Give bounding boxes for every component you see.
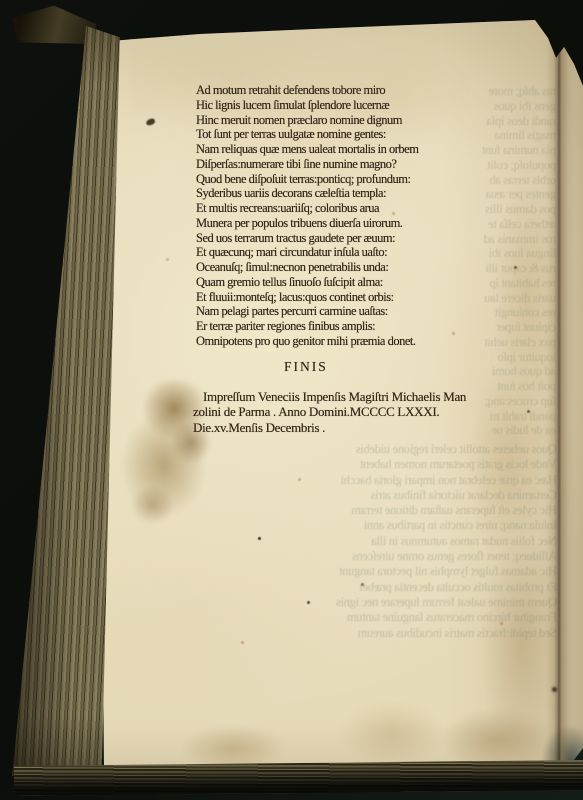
poem-line: Oceanuſq; ſimul:necnon penetrabilis unda…: [196, 260, 418, 275]
poem-line: Hic lignis lucem ſimulat ſplendore lucer…: [196, 98, 418, 113]
poem-line: Hinc meruit nomen præclaro nomine dignum: [196, 113, 418, 128]
poem-line: Tot ſunt per terras uulgatæ nomine gente…: [196, 127, 418, 142]
poem-line: Et fluuii:monteſq; lacus:quos continet o…: [196, 290, 418, 305]
colophon-line: Die.xv.Menſis Decembris .: [193, 420, 466, 435]
showthrough-text-lower: Quos ueheres attollit celeri regione uid…: [235, 442, 557, 644]
colophon-line: Impreſſum Veneciis Impenſis Magiſtri Mic…: [193, 389, 466, 404]
poem-line: Et multis recreans:uariiſq; coloribus ar…: [196, 201, 418, 216]
poem-line: Quod bene diſpoſuit terras:ponticq; prof…: [196, 172, 418, 187]
showthrough-text-right: ras abſq; more gens ibi quos randi deos …: [432, 84, 556, 440]
book-page-photo: ras abſq; more gens ibi quos randi deos …: [0, 0, 583, 800]
poem-line: Diſperſas:numerare tibi ſine numine magn…: [196, 157, 418, 172]
colophon-line: zolini de Parma . Anno Domini.MCCCC LXXX…: [193, 404, 466, 419]
poem-line: Ad motum retrahit defendens tobore miro: [196, 83, 418, 98]
poem-line: Sed uos terrarum tractus gaudete per æuu…: [196, 231, 418, 246]
poem-line: Nam reliquas quæ mens ualeat mortalis in…: [196, 142, 418, 157]
poem-line: Munera per populos tribuens diuerſa uiro…: [196, 216, 418, 231]
binding-board-corner: [12, 4, 96, 44]
poem-line: Et quæcunq; mari circundatur inſula uaſt…: [196, 245, 418, 260]
poem-line: Omnipotens pro quo genitor mihi præmia d…: [196, 334, 418, 349]
poem-line: Nam pelagi partes percurri carmine uaſta…: [196, 304, 418, 319]
poem-line: Er terræ pariter regiones finibus amplis…: [196, 319, 418, 334]
page-edges-bottom: [14, 760, 583, 796]
gutter-crease: [547, 30, 571, 772]
poem-text-block: Ad motum retrahit defendens tobore miro …: [196, 83, 418, 349]
poem-line: Quam gremio tellus ſinuoſo ſuſcipit alma…: [196, 275, 418, 290]
finis-heading: FINIS: [284, 359, 328, 375]
colophon-text-block: Impreſſum Veneciis Impenſis Magiſtri Mic…: [193, 389, 466, 435]
foxing-specks: [0, 0, 3, 3]
poem-line: Syderibus uariis decorans cæleſtia templ…: [196, 186, 418, 201]
